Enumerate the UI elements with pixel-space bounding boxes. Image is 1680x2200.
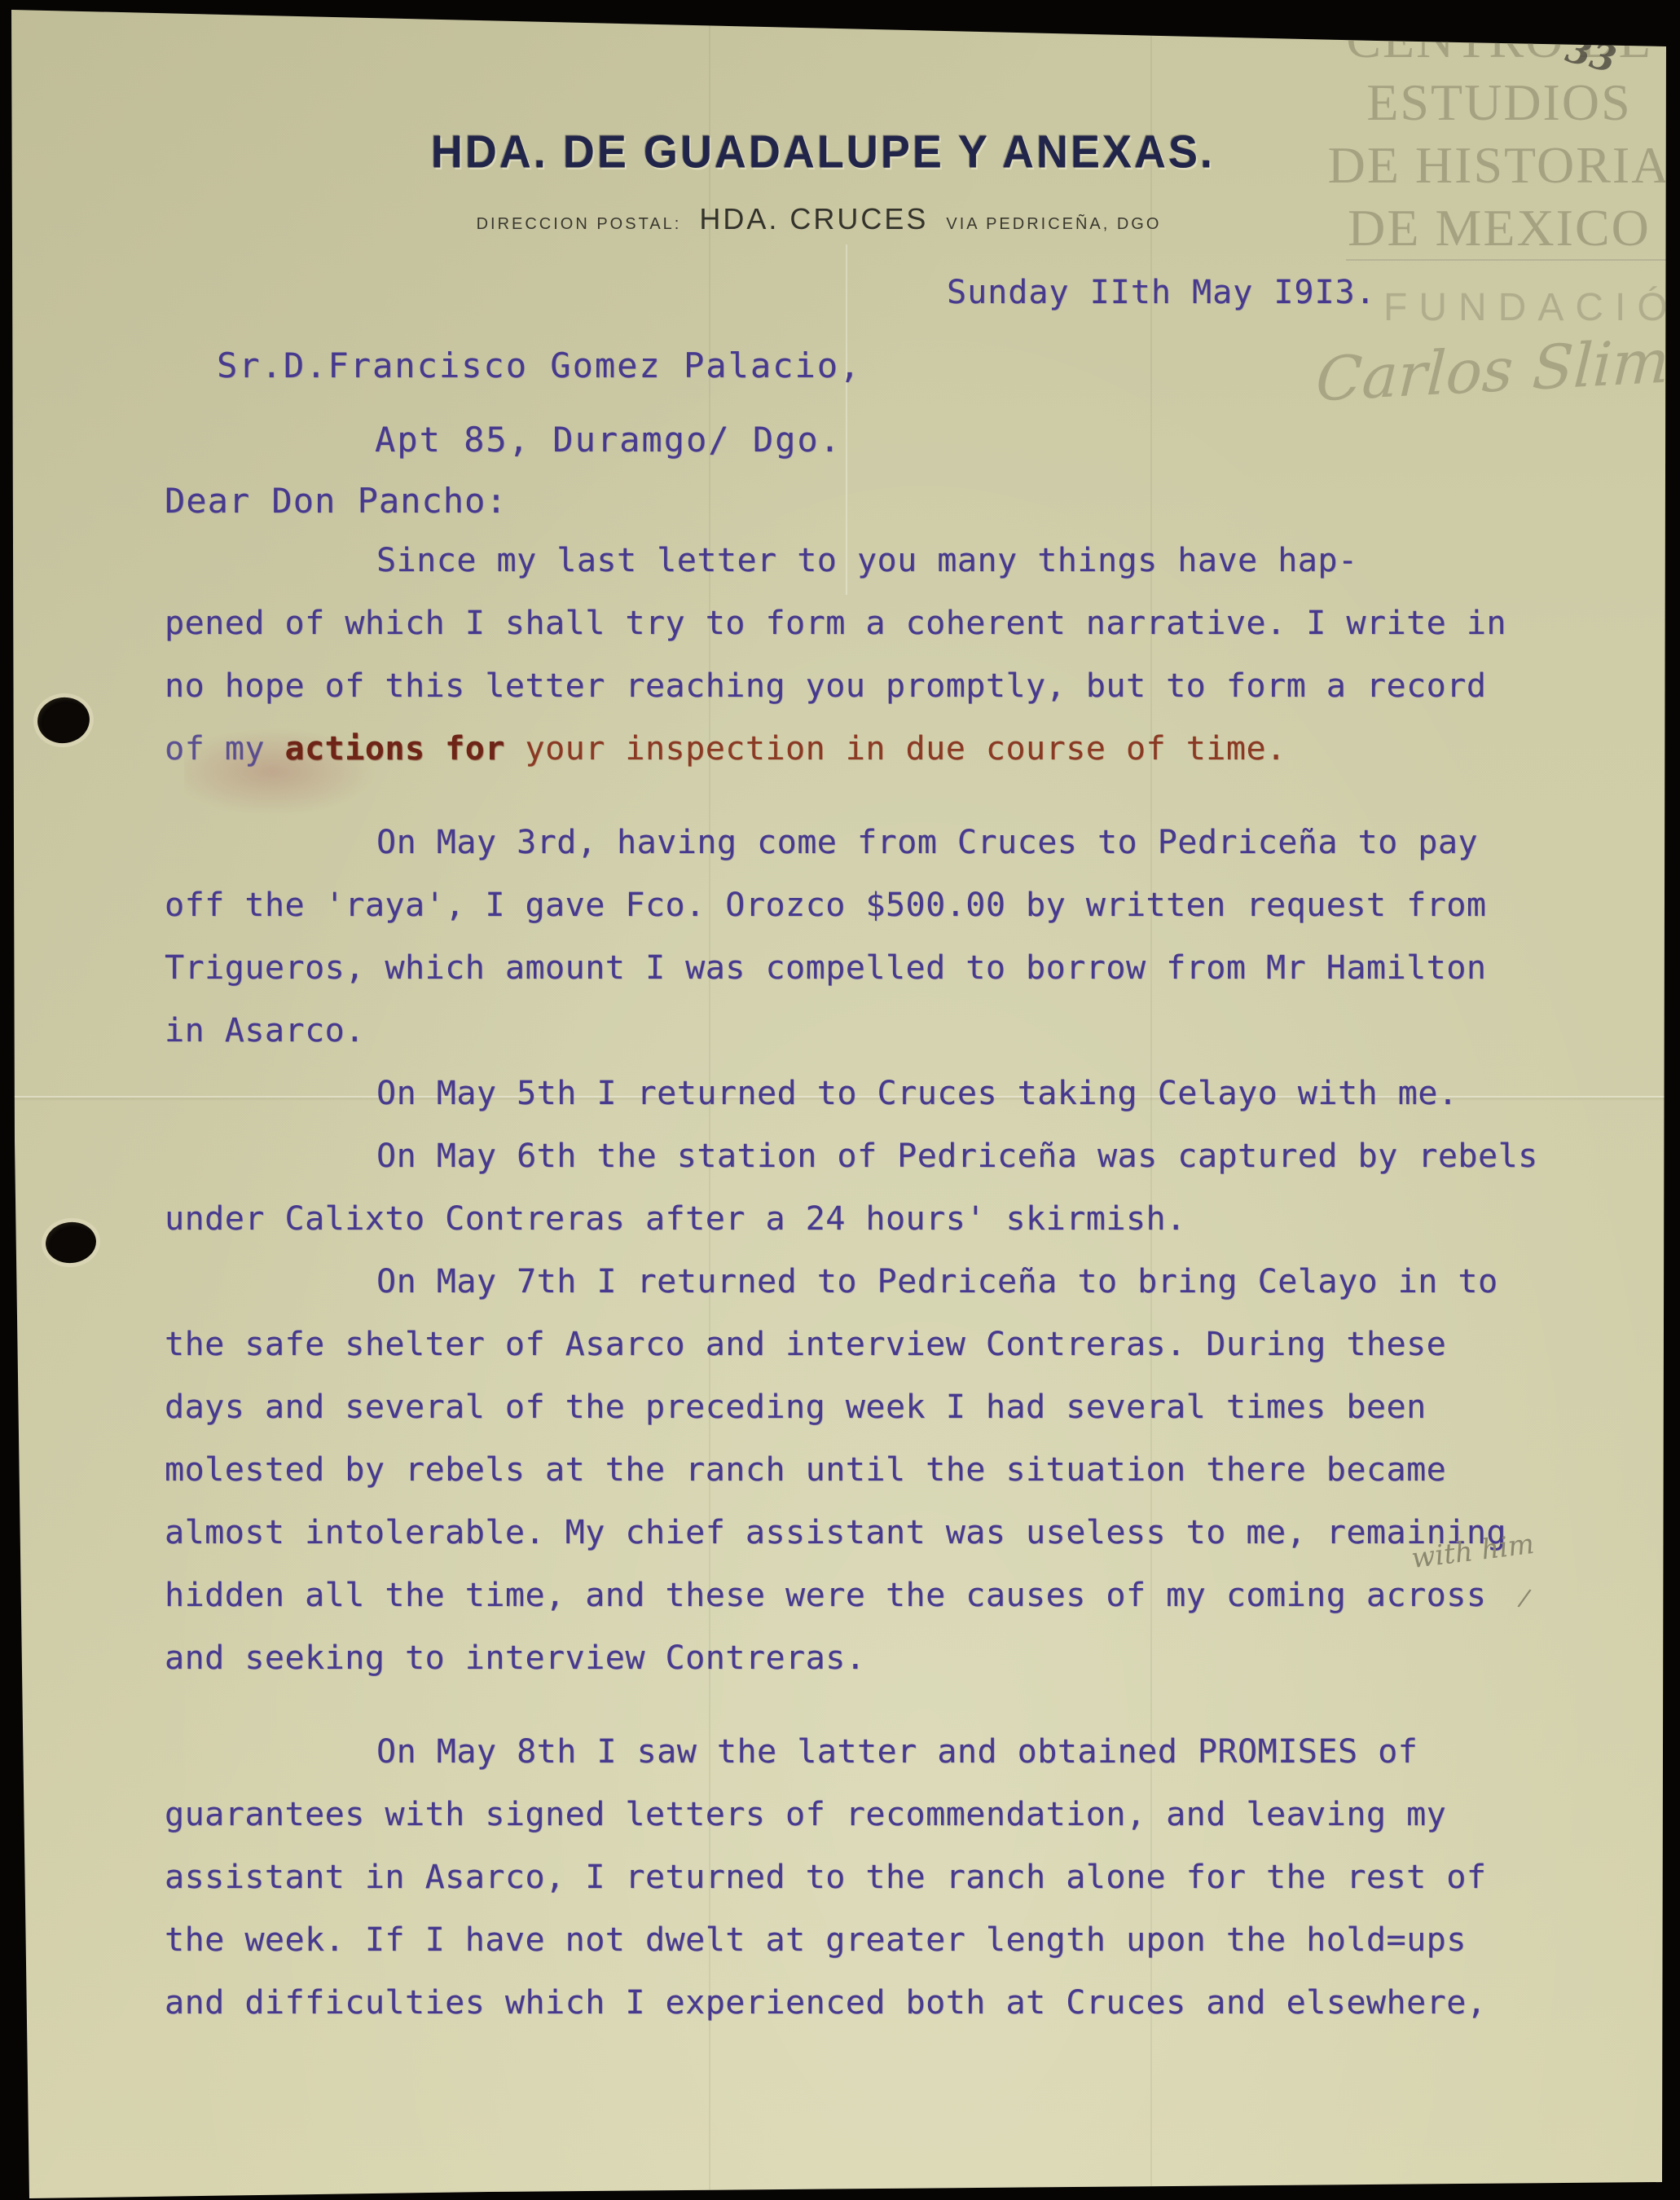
letterhead-postal-line: DIRECCION POSTAL: HDA. CRUCES VIA PEDRIC… — [0, 202, 1638, 236]
letterhead-title: HDA. DE GUADALUPE Y ANEXAS. — [0, 126, 1646, 178]
watermark-foundation: FUNDACIÓN — [1383, 285, 1680, 330]
letter-line: and seeking to interview Contreras. — [165, 1627, 1566, 1690]
letter-line: Since my last letter to you many things … — [165, 530, 1566, 592]
letter-body: Since my last letter to you many things … — [165, 530, 1566, 2035]
paper-sheet: CENTRO DE ESTUDIOS DE HISTORIA DE MEXICO… — [0, 0, 1680, 2200]
watermark-line: ESTUDIOS — [1320, 71, 1678, 134]
letter-line: and difficulties which I experienced bot… — [165, 1972, 1566, 2035]
letter-line: in Asarco. — [165, 1000, 1566, 1063]
letter-line-segment: actions for — [285, 730, 526, 768]
letter-line-segment: your inspection in due course of time. — [525, 730, 1286, 768]
watermark-signature: Carlos Slim — [1314, 326, 1671, 415]
letter-line: guarantees with signed letters of recomm… — [165, 1784, 1566, 1846]
postal-label: DIRECCION POSTAL: — [477, 215, 682, 234]
letter-line: hidden all the time, and these were the … — [165, 1564, 1566, 1627]
letter-line: the safe shelter of Asarco and interview… — [165, 1313, 1566, 1376]
letter-date: Sunday IIth May I9I3. — [947, 274, 1376, 311]
salutation: Dear Don Pancho: — [165, 481, 508, 521]
letter-line: under Calixto Contreras after a 24 hours… — [165, 1188, 1566, 1251]
punch-hole-top — [34, 694, 92, 746]
letter-line: pened of which I shall try to form a coh… — [165, 592, 1566, 655]
punch-hole-bottom — [44, 1220, 99, 1265]
recipient-name: Sr.D.Francisco Gomez Palacio, — [217, 345, 861, 385]
letter-line: of my actions for your inspection in due… — [165, 718, 1566, 781]
letter-line: off the 'raya', I gave Fco. Orozco $500.… — [165, 874, 1566, 937]
watermark-rule — [1346, 259, 1680, 261]
letter-line: On May 7th I returned to Pedriceña to br… — [165, 1251, 1566, 1313]
letter-line: Trigueros, which amount I was compelled … — [165, 937, 1566, 1000]
letter-line: On May 6th the station of Pedriceña was … — [165, 1125, 1566, 1188]
letter-line: assistant in Asarco, I returned to the r… — [165, 1846, 1566, 1909]
letter-line: molested by rebels at the ranch until th… — [165, 1439, 1566, 1502]
recipient-address: Apt 85, Duramgo/ Dgo. — [375, 420, 842, 460]
letter-line: On May 8th I saw the latter and obtained… — [165, 1721, 1566, 1784]
scanned-letter-page: { "scan": { "watermark": { "lines": ["CE… — [0, 0, 1680, 2200]
postal-value: HDA. CRUCES — [699, 202, 928, 236]
letter-line: almost intolerable. My chief assistant w… — [165, 1502, 1566, 1564]
watermark-line: CENTRO DE — [1320, 8, 1678, 71]
postal-via: VIA PEDRICEÑA, DGO — [946, 215, 1161, 234]
letter-line: days and several of the preceding week I… — [165, 1376, 1566, 1439]
letter-line-segment: of my — [165, 730, 285, 768]
letter-line: the week. If I have not dwelt at greater… — [165, 1909, 1566, 1972]
letter-line: no hope of this letter reaching you prom… — [165, 655, 1566, 718]
letter-line: On May 5th I returned to Cruces taking C… — [165, 1063, 1566, 1125]
letter-line: On May 3rd, having come from Cruces to P… — [165, 812, 1566, 874]
